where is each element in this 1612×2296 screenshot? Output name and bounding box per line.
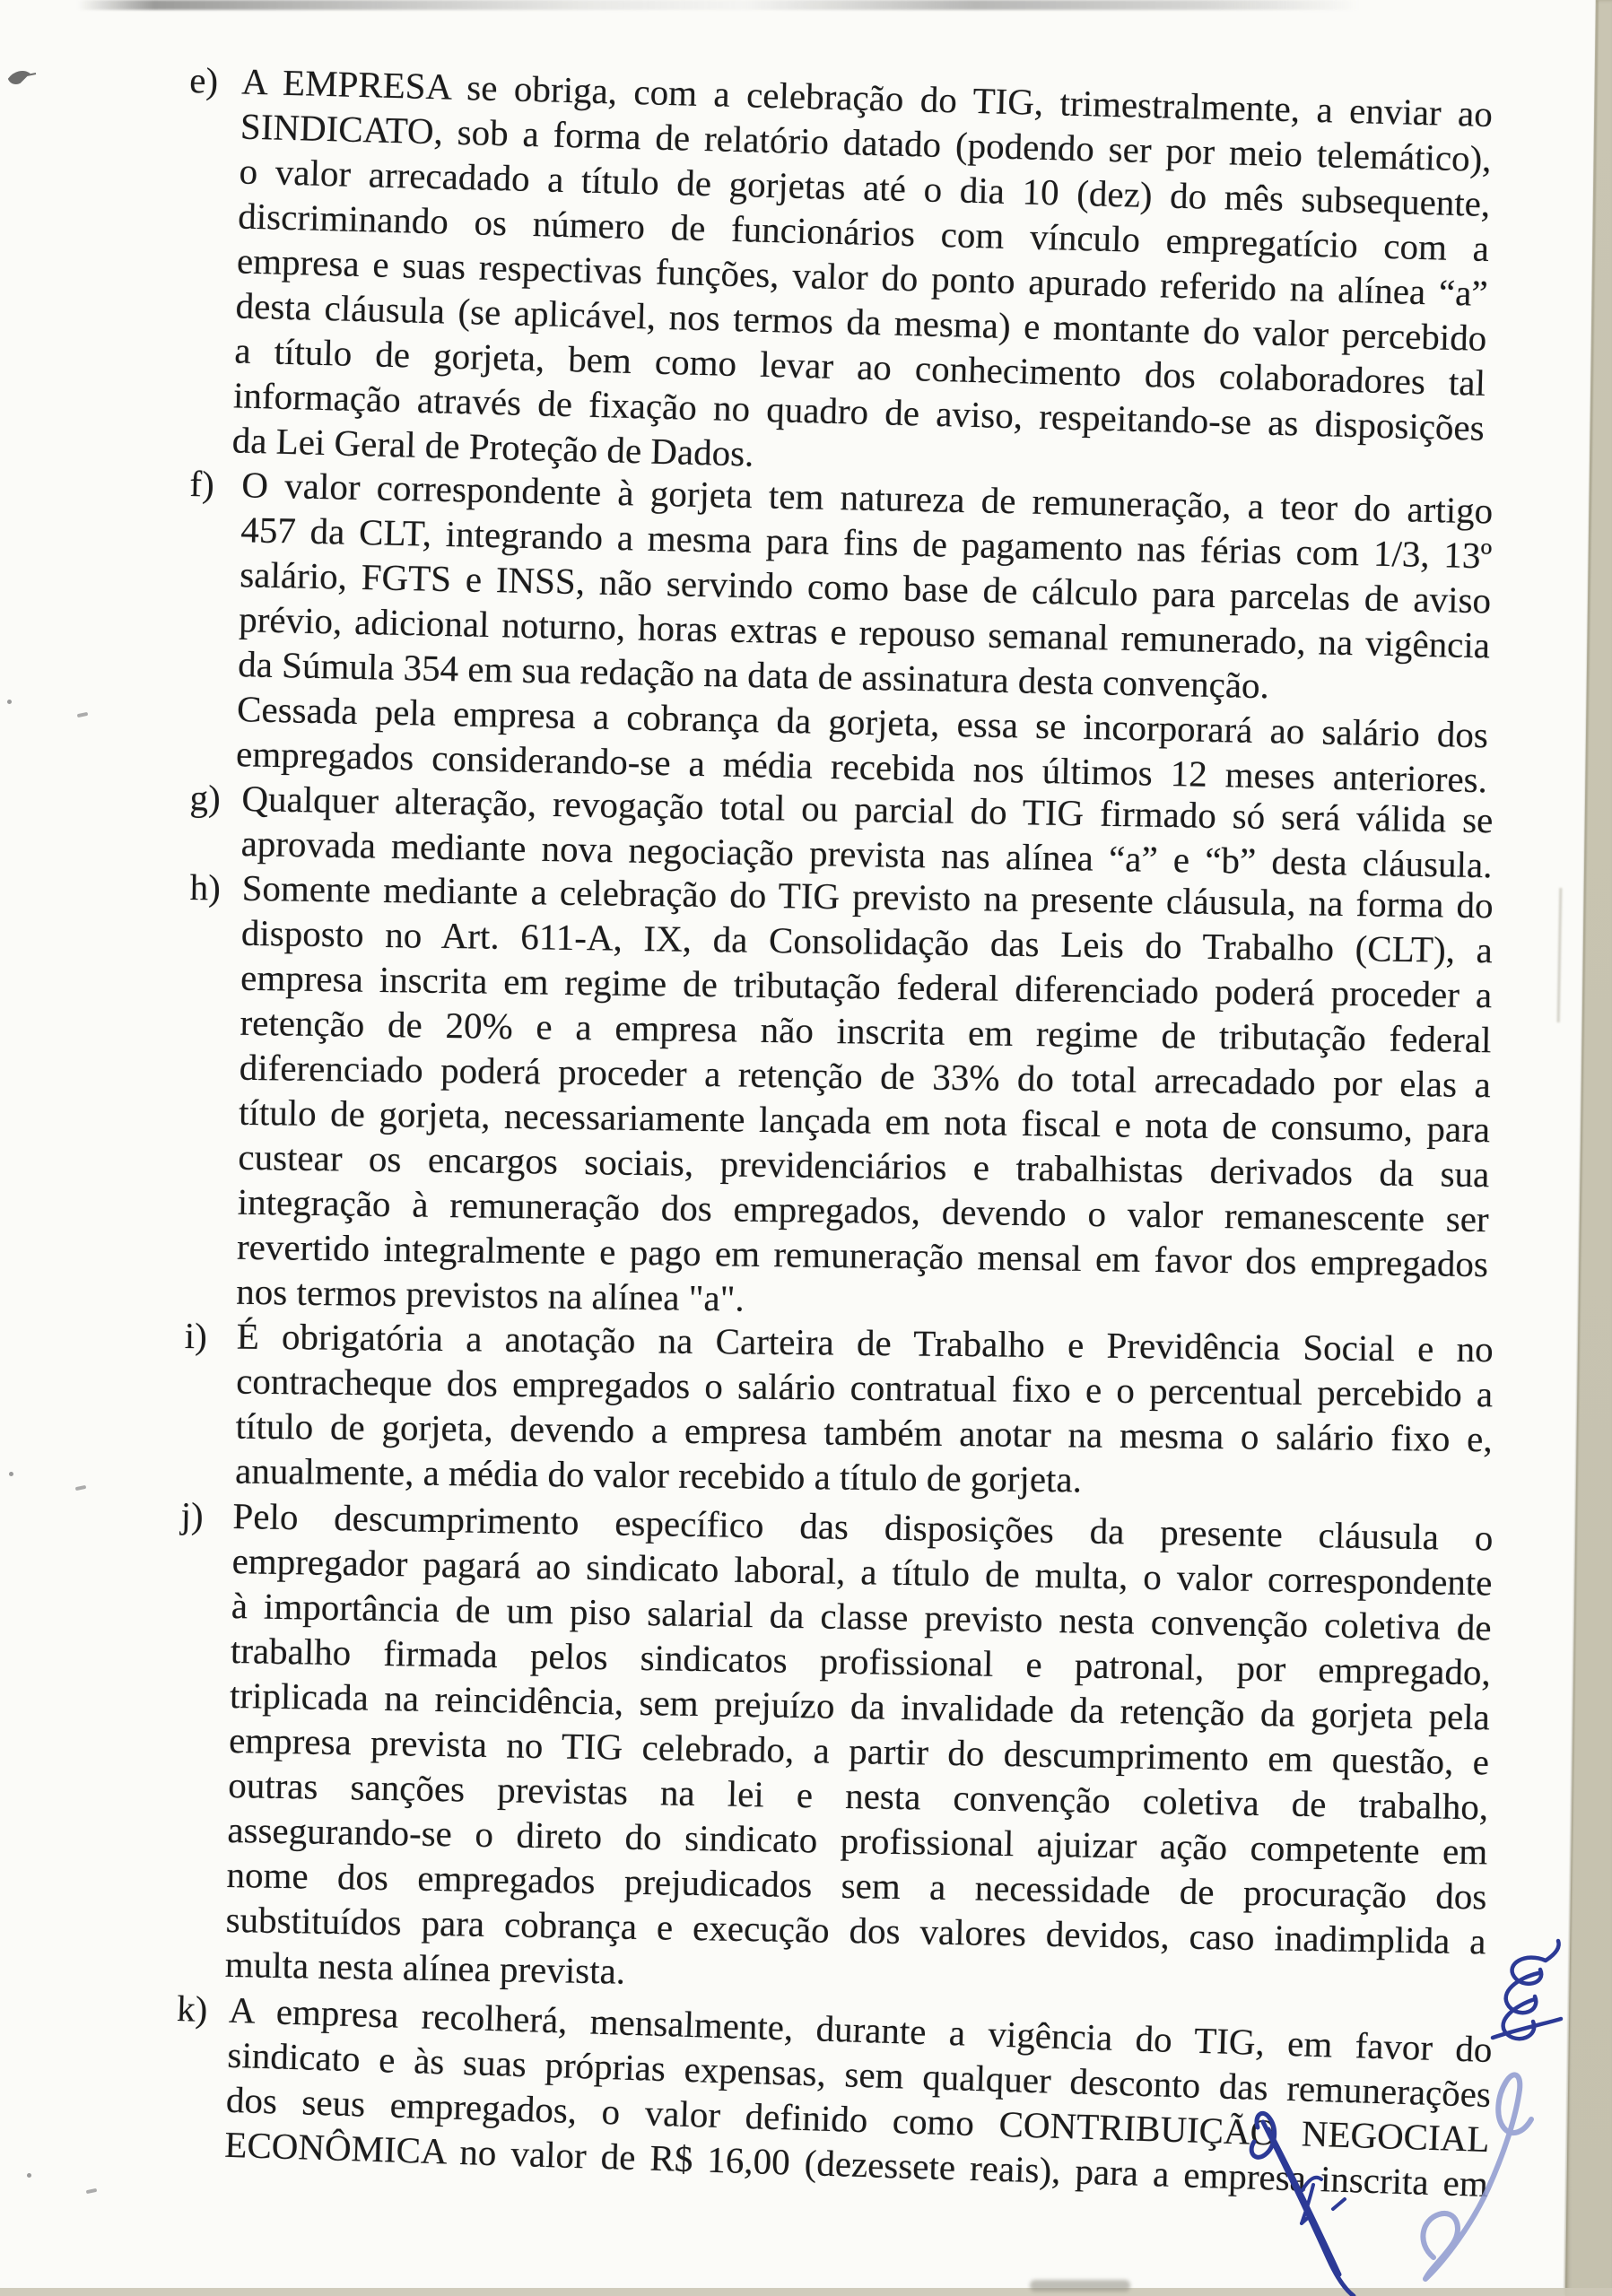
clause-item-f: f) O valor correspondente à gorjeta tem … [184, 461, 1494, 802]
margin-dot [27, 2173, 31, 2178]
paper-edge-right [1565, 0, 1612, 2296]
item-lines: A empresa recolherá, mensalmente, durant… [224, 1987, 1494, 2206]
item-label: j) [172, 1492, 233, 1987]
margin-dot [7, 700, 12, 704]
item-lines: O valor correspondente à gorjeta tem nat… [236, 462, 1494, 802]
item-lines: Pelo descumprimento específico das dispo… [224, 1493, 1493, 2008]
scan-smudge-bottom [1030, 2280, 1130, 2292]
clause-item-h: h) Somente mediante a celebração do TIG … [184, 865, 1494, 1331]
margin-dash [75, 1485, 87, 1491]
item-lines: É obrigatória a anotação na Carteira de … [235, 1314, 1494, 1507]
item-label: g) [188, 775, 242, 865]
margin-dash [77, 712, 89, 717]
clause-item-j: j) Pelo descumprimento específico das di… [172, 1492, 1493, 2008]
scan-faint-line-right [1557, 888, 1563, 1022]
clause-item-i: i) É obrigatória a anotação na Carteira … [183, 1313, 1494, 1506]
clause-item-e: e) A EMPRESA se obriga, com a celebração… [179, 57, 1493, 495]
item-label: h) [184, 865, 242, 1314]
item-label: f) [184, 461, 242, 776]
scanned-page: e) A EMPRESA se obriga, com a celebração… [0, 0, 1612, 2296]
document-body: e) A EMPRESA se obriga, com a celebração… [190, 57, 1494, 2165]
item-label: k) [172, 1986, 230, 2167]
item-lines: A EMPRESA se obriga, com a celebração do… [231, 59, 1493, 495]
item-label: i) [183, 1313, 237, 1493]
margin-dash [86, 2188, 98, 2194]
margin-tick-icon [4, 59, 57, 95]
initials-scribble [1493, 1941, 1561, 2039]
paper-edge-bottom [0, 2288, 1612, 2296]
clause-item-k: k) A empresa recolherá, mensalmente, dur… [172, 1986, 1494, 2206]
margin-dot [9, 1472, 13, 1476]
scan-noise-top [77, 0, 1360, 10]
item-lines: Somente mediante a celebração do TIG pre… [236, 865, 1494, 1331]
